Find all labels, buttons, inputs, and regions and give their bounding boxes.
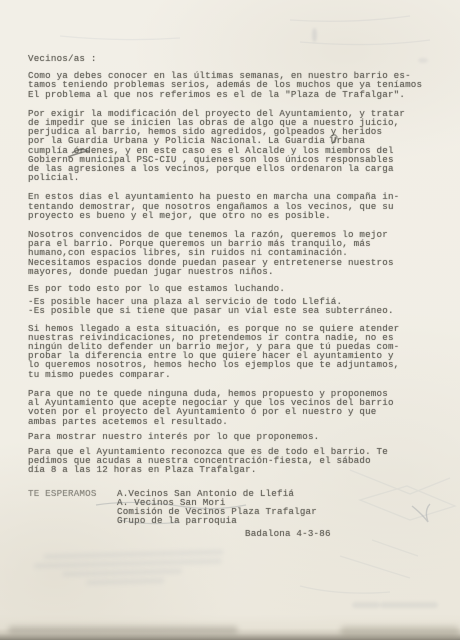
scan-edge-shadow: [0, 628, 460, 640]
paper-speck: [312, 28, 317, 42]
letter-paragraph: Es por todo esto por lo que estamos luch…: [28, 284, 434, 293]
letter-paragraph: Para que el Ayuntamiento reconozca que e…: [28, 447, 434, 475]
closing-label: TE ESPERAMOS: [28, 489, 117, 526]
faint-stamp-marks: [352, 602, 438, 611]
scan-edge-smudge-left: [8, 626, 238, 634]
letter-paragraph: Nosotros convencidos de que tenemos la r…: [28, 230, 434, 276]
letter-bullet-lines: -Es posible hacer una plaza al servicio …: [28, 297, 434, 315]
signatory: Grupo de la parroquia: [117, 516, 317, 525]
letter-paragraph: Para que no te quede ninguna duda, hemos…: [28, 389, 434, 426]
letter-paragraph: En estos dias el ayuntamiento ha puesto …: [28, 192, 434, 220]
dateline: Badalona 4-3-86: [245, 529, 434, 538]
letter-paragraph: Como ya debes conocer en las últimas sem…: [28, 71, 434, 99]
letter-salutation: Vecinos/as :: [28, 54, 434, 63]
letter-closing: TE ESPERAMOS A.Vecinos San Antonio de Ll…: [28, 489, 434, 526]
letter-paragraph: Por exigir la modificación del proyecto …: [28, 109, 434, 183]
letter-body: Vecinos/as : Como ya debes conocer en la…: [28, 54, 434, 539]
letter-paragraph: Si hemos llegado a esta situación, es po…: [28, 324, 434, 379]
signatory-list: A.Vecinos San Antonio de Llefiá A. Vecin…: [117, 489, 317, 526]
scan-edge-smudge-right: [340, 626, 460, 636]
bleedthrough-text-block: [34, 550, 225, 591]
letter-paragraph: Para mostrar nuestro interés por lo que …: [28, 432, 434, 441]
scanned-letter-page: Vecinos/as : Como ya debes conocer en la…: [0, 0, 460, 640]
